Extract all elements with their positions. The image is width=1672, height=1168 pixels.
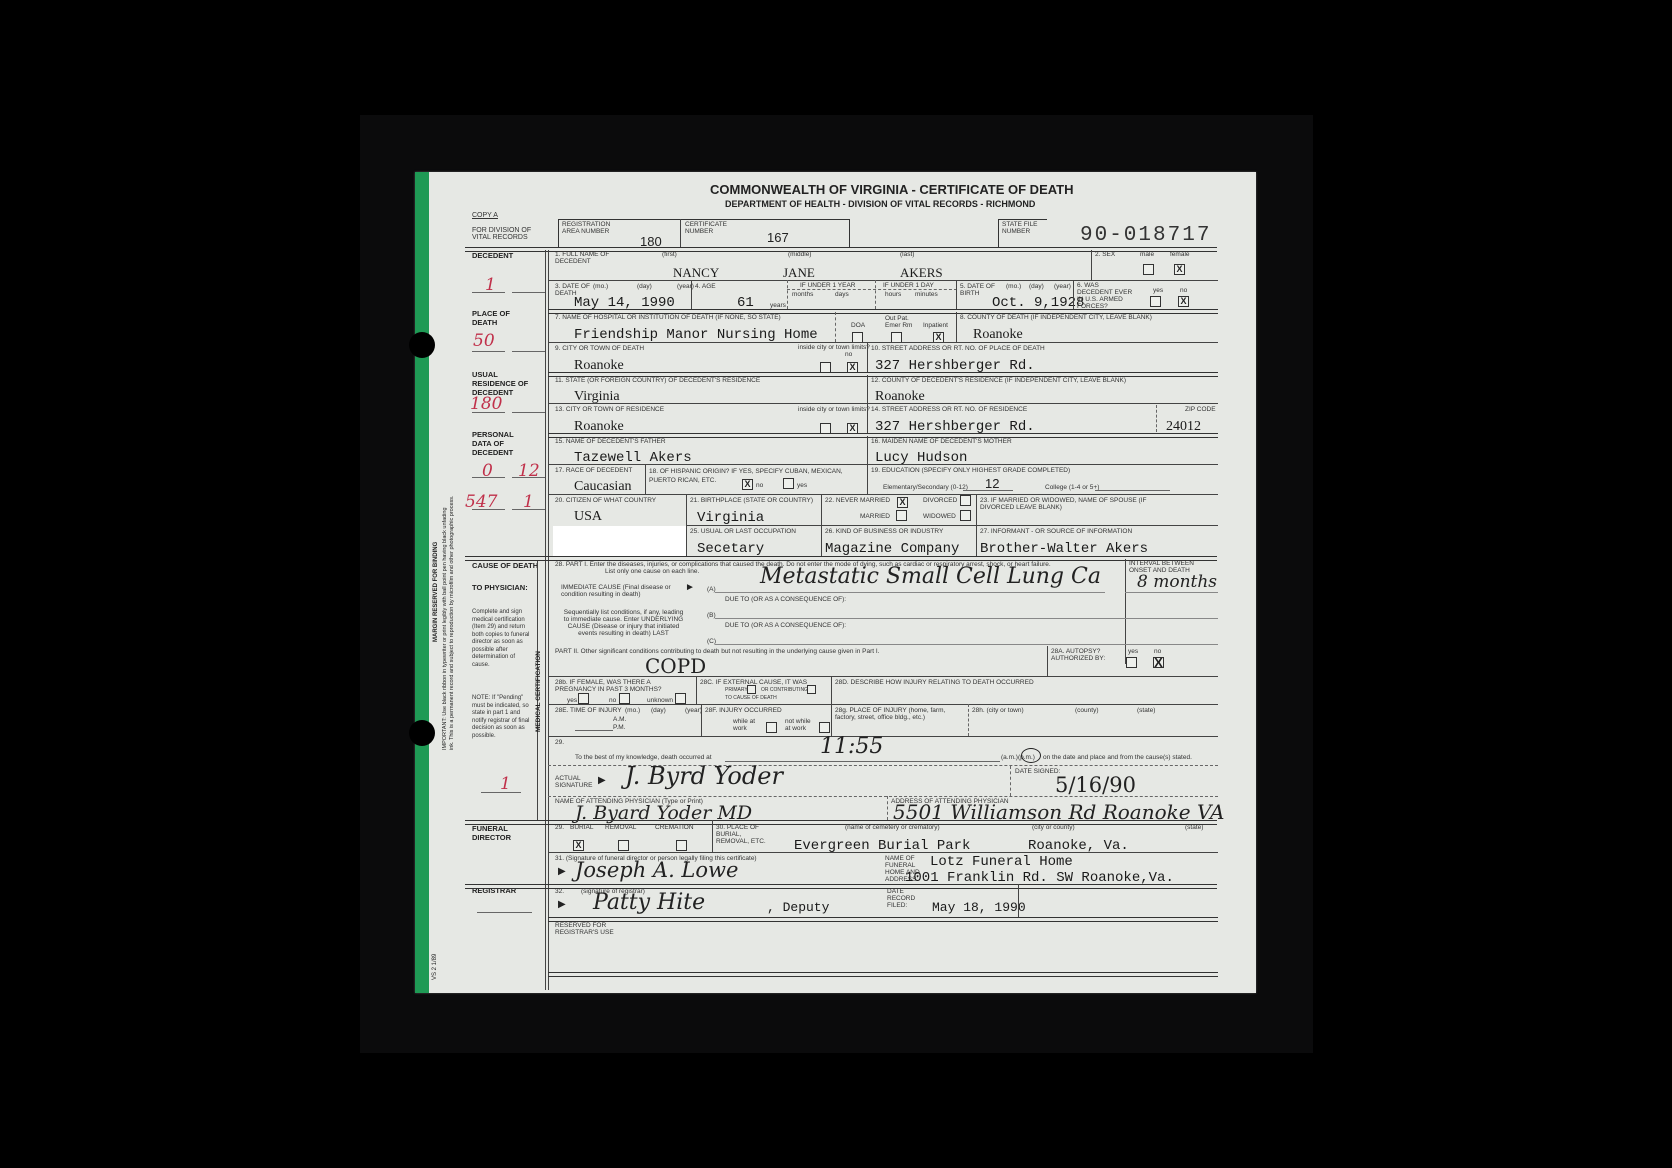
medical-certification-label: MEDICAL CERTIFICATION [535,651,542,732]
sex-male-checkbox[interactable] [1143,264,1154,275]
part2-label: PART II. Other significant conditions co… [555,648,879,655]
registrar-number: 32. [555,888,564,895]
divider [548,796,1218,797]
state-file-label: STATE FILE NUMBER [1002,221,1042,235]
divider [712,820,713,852]
pregnancy-yes-checkbox[interactable] [578,693,589,704]
due-to-label: DUE TO (OR AS A CONSEQUENCE OF): [725,596,846,603]
important-notice-2: ink. This is a permanent record and subj… [449,495,455,750]
coding-line [512,509,545,510]
divider [1091,250,1092,280]
informant-label: 27. INFORMANT - OR SOURCE OF INFORMATION [980,528,1132,535]
residence-county-label: 12. COUNTY OF DECEDENT'S RESIDENCE (if i… [871,377,1126,384]
rule [686,525,1218,526]
autopsy-no-checkbox[interactable]: X [1153,657,1164,668]
signature-label: ACTUAL SIGNATURE [555,775,595,789]
race: Caucasian [574,479,632,495]
armed-forces-no-checkbox[interactable]: X [1178,296,1189,307]
important-notice-1: IMPORTANT: Use black ribbon in typewrite… [442,507,448,750]
yes-label: yes [1153,287,1163,294]
day-label: (day) [651,707,666,714]
state-label: (state) [1185,824,1203,831]
race-label: 17. RACE OF DECEDENT [555,467,632,474]
inpatient-label: Inpatient [923,322,948,329]
day-label: (day) [1029,283,1044,290]
sequential-label: Sequentially list conditions, if any, le… [561,609,686,637]
disposition-number: 29. [555,824,564,831]
residence-street-label: 14. STREET ADDRESS OR RT. NO. OF RESIDEN… [871,406,1027,413]
divorced-checkbox[interactable] [960,495,971,506]
punch-hole-bottom [409,720,435,746]
divider [867,436,868,464]
coding-line [512,292,545,293]
physician-instructions: Complete and sign medical certification … [472,609,530,669]
fill-line [1095,490,1170,491]
county-of-death: Roanoke [973,327,1023,343]
days-label: days [835,291,849,298]
limits-label: inside city or town limits? [798,406,870,413]
occupation-label: 25. USUAL OR LAST OCCUPATION [690,528,796,535]
divider [887,796,888,820]
rule [548,342,1218,343]
registrar-signature: Patty Hite [593,890,705,915]
residence-state-label: 11. STATE (OR FOREIGN COUNTRY) OF DECEDE… [555,377,760,384]
birthplace: Virginia [697,510,764,526]
informant: Brother-Walter Akers [980,541,1148,557]
rule [548,280,1218,281]
widowed-label: WIDOWED [923,513,956,520]
education-label: 19. EDUCATION (Specify only highest grad… [871,467,1070,474]
arrow-right-icon: ▶ [558,899,566,910]
divider [787,280,788,309]
rule [548,704,1218,705]
street-of-death-label: 10. STREET ADDRESS OR RT. NO. OF PLACE O… [871,345,1045,352]
college-label: College (1-4 or 5+) [1045,484,1099,491]
certificate-number: 167 [767,230,789,245]
cremation-checkbox[interactable] [676,840,687,851]
mo-label: (mo.) [593,283,608,290]
redacted-field [553,526,686,556]
no-label: no [845,351,852,358]
arrow-right-icon: ► [685,582,695,593]
certificate-number-label: CERTIFICATE NUMBER [685,221,735,235]
immediate-cause: Metastatic Small Cell Lung Ca [760,564,1101,589]
certificate-title: COMMONWEALTH OF VIRGINIA - CERTIFICATE O… [710,182,1074,197]
time-of-death: 11:55 [820,734,883,759]
physician-signature: J. Byrd Yoder [625,762,783,790]
widowed-checkbox[interactable] [960,510,971,521]
green-binding-strip [415,172,429,993]
divider [956,280,957,309]
no-label: no [1180,287,1187,294]
coding-line [512,477,545,478]
doa-label: DOA [851,322,865,329]
divider [691,280,692,309]
part2-conditions: COPD [645,654,706,678]
occupation: Secetary [697,541,764,557]
injury-city-label: 28h. (city or town) [972,707,1024,714]
to-cause-label: TO CAUSE OF DEATH [725,695,777,702]
hispanic-label: 18. OF HISPANIC ORIGIN? If yes, specify … [649,467,859,485]
contributing-label: or CONTRIBUTING [761,687,808,694]
sex-female-checkbox[interactable]: X [1174,264,1185,275]
elementary-label: Elementary/Secondary (0-12) [883,484,968,491]
dob-label: 5. DATE OF BIRTH [960,283,995,297]
section-funeral-director: FUNERAL DIRECTOR [472,824,532,842]
part1-sub: List only one cause on each line. [605,568,699,575]
state-label: (state) [1137,707,1155,714]
cremation-label: CREMATION [655,824,694,831]
arrow-right-icon: ▶ [598,775,606,786]
rule [548,494,1218,495]
date-filed-label: DATE RECORD FILED: [887,888,927,909]
section-to-physician: TO PHYSICIAN: [472,583,532,592]
divider [867,464,868,494]
last-label: (last) [900,251,914,258]
while-at-work-checkbox[interactable] [766,722,777,733]
divider [645,464,646,494]
pregnancy-no-checkbox[interactable] [619,693,630,704]
burial-checkbox[interactable]: X [573,840,584,851]
copy-for-label: FOR DIVISION OF VITAL RECORDS [472,227,542,241]
divider [1125,559,1126,664]
coding-line [472,477,505,478]
divider [968,704,969,736]
while-at-work-label: while at work [733,718,763,732]
no-label: no [756,482,763,489]
state-file-number: 90-018717 [1080,224,1211,247]
primary-checkbox[interactable] [747,685,756,694]
coding-line [512,412,545,413]
mo-label: (mo.) [625,707,640,714]
day-label: (day) [637,283,652,290]
institution-label: 7. NAME OF HOSPITAL OR INSTITUTION OF DE… [555,314,781,321]
divider [1018,884,1019,917]
sex-female-label: female [1170,251,1190,258]
arrow-right-icon: ▶ [558,866,566,877]
hours-label: hours [885,291,901,298]
interval: 8 months [1137,572,1217,592]
yes-label: yes [797,482,807,489]
reserved-label: RESERVED FOR REGISTRAR'S USE [555,922,615,936]
coding-line [472,351,505,352]
divider [680,219,681,248]
certification-number: 29. [555,739,564,746]
pm-circle [1021,748,1041,763]
county-of-death-label: 8. COUNTY OF DEATH (if independent city,… [960,314,1152,321]
fill-line [1125,592,1218,593]
armed-forces-yes-checkbox[interactable] [1150,296,1161,307]
coding-line [512,351,545,352]
funeral-home-name: Lotz Funeral Home [930,854,1073,870]
zip-label: ZIP CODE [1185,406,1216,413]
divider [831,676,832,736]
funeral-director-signature: Joseph A. Lowe [575,858,738,882]
institution: Friendship Manor Nursing Home [574,327,818,343]
divider [1010,766,1011,796]
citizen-label: 20. CITIZEN OF WHAT COUNTRY [555,497,656,504]
rule [548,403,1218,404]
city-or-county-label: (city or county) [1032,824,1075,831]
married-label: MARRIED [860,513,890,520]
divider [787,289,957,290]
divider [696,676,697,704]
autopsy-yes-checkbox[interactable] [1126,657,1137,668]
divider [1156,405,1157,432]
mo-label: (mo.) [1006,283,1021,290]
not-while-at-work-checkbox[interactable] [819,722,830,733]
divider [701,704,702,736]
fill-line [715,592,1105,593]
coding-mark: 12 [518,461,540,481]
father-label: 15. NAME OF DECEDENT'S FATHER [555,438,666,445]
hispanic-yes-checkbox[interactable] [783,478,794,489]
coding-line [481,792,521,793]
mother-label: 16. MAIDEN NAME OF DECEDENT'S MOTHER [871,438,1012,445]
rule [548,464,1218,465]
no-label: no [609,697,616,704]
section-cause-of-death: CAUSE OF DEATH [472,561,538,570]
unknown-label: unknown [647,697,673,704]
coding-line [472,412,505,413]
industry: Magazine Company [825,541,959,557]
removal-checkbox[interactable] [618,840,629,851]
immediate-cause-label: IMMEDIATE CAUSE (Final disease or condit… [561,584,681,598]
city-of-death-label: 9. CITY OR TOWN OF DEATH [555,345,644,352]
divider [956,312,957,342]
rule [548,917,1218,922]
full-name-label: 1. FULL NAME OF DECEDENT [555,251,615,265]
pending-note: NOTE: If "Pending" must be indicated, so… [472,695,530,740]
divider [1047,646,1048,676]
time-of-injury-label: 28e. TIME OF INJURY [555,707,622,714]
coding-mark: 1 [500,774,511,794]
registration-area-label: REGISTRATION AREA NUMBER [562,221,622,235]
divider [867,342,868,372]
middle-label: (middle) [788,251,811,258]
place-of-burial-label: 30. PLACE OF BURIAL, REMOVAL, ETC. [716,824,776,845]
place-of-injury-label: 28g. PLACE OF INJURY (home, farm, factor… [835,707,955,721]
date-signed-label: DATE SIGNED: [1015,768,1060,775]
yes-label: yes [567,697,577,704]
outpatient-label: Out Pat. Emer Rm [885,315,915,329]
fill-line [715,618,1218,619]
binding-margin-title: MARGIN RESERVED FOR BINDING [433,542,439,642]
divorced-label: DIVORCED [923,497,957,504]
never-married-checkbox[interactable]: X [897,497,908,508]
spouse-label: 23. IF MARRIED OR WIDOWED, NAME OF SPOUS… [980,497,1160,511]
divider [867,403,868,433]
column-divider [545,250,546,990]
first-name: NANCY [673,265,719,281]
coding-line [472,509,505,510]
death-certificate: MARGIN RESERVED FOR BINDING IMPORTANT: U… [415,172,1256,993]
divider [835,312,836,342]
county-label: (county) [1075,707,1098,714]
pregnancy-label: 28b. IF FEMALE, WAS THERE A PREGNANCY IN… [555,679,675,693]
certification-statement: To the best of my knowledge, death occur… [575,754,712,761]
divider [867,375,868,403]
industry-label: 26. KIND OF BUSINESS OR INDUSTRY [825,528,943,535]
am-label: A.M. [613,716,626,723]
injury-occurred-label: 28f. INJURY OCCURRED [705,707,782,714]
rule [548,676,1218,677]
age-unit: years [770,302,786,309]
autopsy-label: 28a. AUTOPSY? AUTHORIZED BY: [1051,648,1113,662]
coding-mark: 50 [473,331,495,351]
injury-description-label: 28d. DESCRIBE HOW INJURY RELATING TO DEA… [835,679,1034,686]
never-married-label: 22. NEVER MARRIED [825,497,890,504]
fill-line [477,912,532,913]
due-to-label: DUE TO (OR AS A CONSEQUENCE OF): [725,622,846,629]
certification-statement-end: on the date and place and from the cause… [1043,754,1192,761]
punch-hole-top [409,332,435,358]
section-place-of-death: PLACE OF DEATH [472,309,532,327]
cemetery-label: (name of cemetery or crematory) [845,824,940,831]
year-label: (year) [685,707,702,714]
hispanic-no-checkbox[interactable]: X [742,479,753,490]
year-label: (year) [1054,283,1071,290]
pregnancy-unknown-checkbox[interactable] [675,693,686,704]
removal-label: REMOVAL [605,824,636,831]
date-filed: May 18, 1990 [932,900,1026,915]
no-label: no [1154,648,1161,655]
first-label: (first) [662,251,677,258]
under-1-day-label: IF UNDER 1 DAY [883,282,934,289]
birthplace-label: 21. BIRTHPLACE (state or country) [690,497,813,504]
form-code: VS 2 1/89 [432,954,438,980]
citizen: USA [574,509,602,525]
section-usual-residence: USUAL RESIDENCE OF DECEDENT [472,370,542,397]
under-1-year-label: IF UNDER 1 YEAR [800,282,856,289]
copy-label: COPY A [472,212,498,219]
elementary-grade: 12 [985,476,999,491]
minutes-label: minutes [915,291,938,298]
pm-label: P.M. [613,724,626,731]
fill-line [715,644,1218,645]
rule [548,852,1218,853]
rule [548,972,1218,977]
section-personal-data: PERSONAL DATA OF DECEDENT [472,430,532,457]
primary-label: PRIMARY [725,687,748,694]
certificate-subtitle: DEPARTMENT OF HEALTH - DIVISION OF VITAL… [725,199,1035,209]
married-checkbox[interactable] [896,510,907,521]
last-name: AKERS [900,265,943,281]
section-decedent: DECEDENT [472,251,513,260]
date-signed: 5/16/90 [1055,773,1136,797]
residence-city-label: 13. CITY OR TOWN OF RESIDENCE [555,406,664,413]
limits-label: inside city or town limits? [798,344,870,351]
armed-forces-label: 6. WAS DECEDENT EVER IN U.S. ARMED FORCE… [1077,282,1135,310]
fill-line [963,490,1013,491]
burial-label: BURIAL [570,824,593,831]
coding-mark: 180 [470,394,502,414]
fill-line [575,730,613,731]
registrar-title: , Deputy [767,900,829,915]
age-label: 4. AGE [695,283,716,290]
yes-label: yes [1128,648,1138,655]
not-while-at-work-label: not while at work [785,718,817,732]
contributing-checkbox[interactable] [807,685,816,694]
months-label: months [792,291,813,298]
sex-male-label: male [1140,251,1154,258]
divider [875,280,876,309]
column-divider [548,250,549,990]
rule [465,884,1217,889]
sex-label: 2. SEX [1095,251,1115,258]
coding-mark: 0 [482,461,493,481]
coding-line [472,292,505,293]
middle-name: JANE [783,265,815,281]
divider [1073,280,1074,309]
